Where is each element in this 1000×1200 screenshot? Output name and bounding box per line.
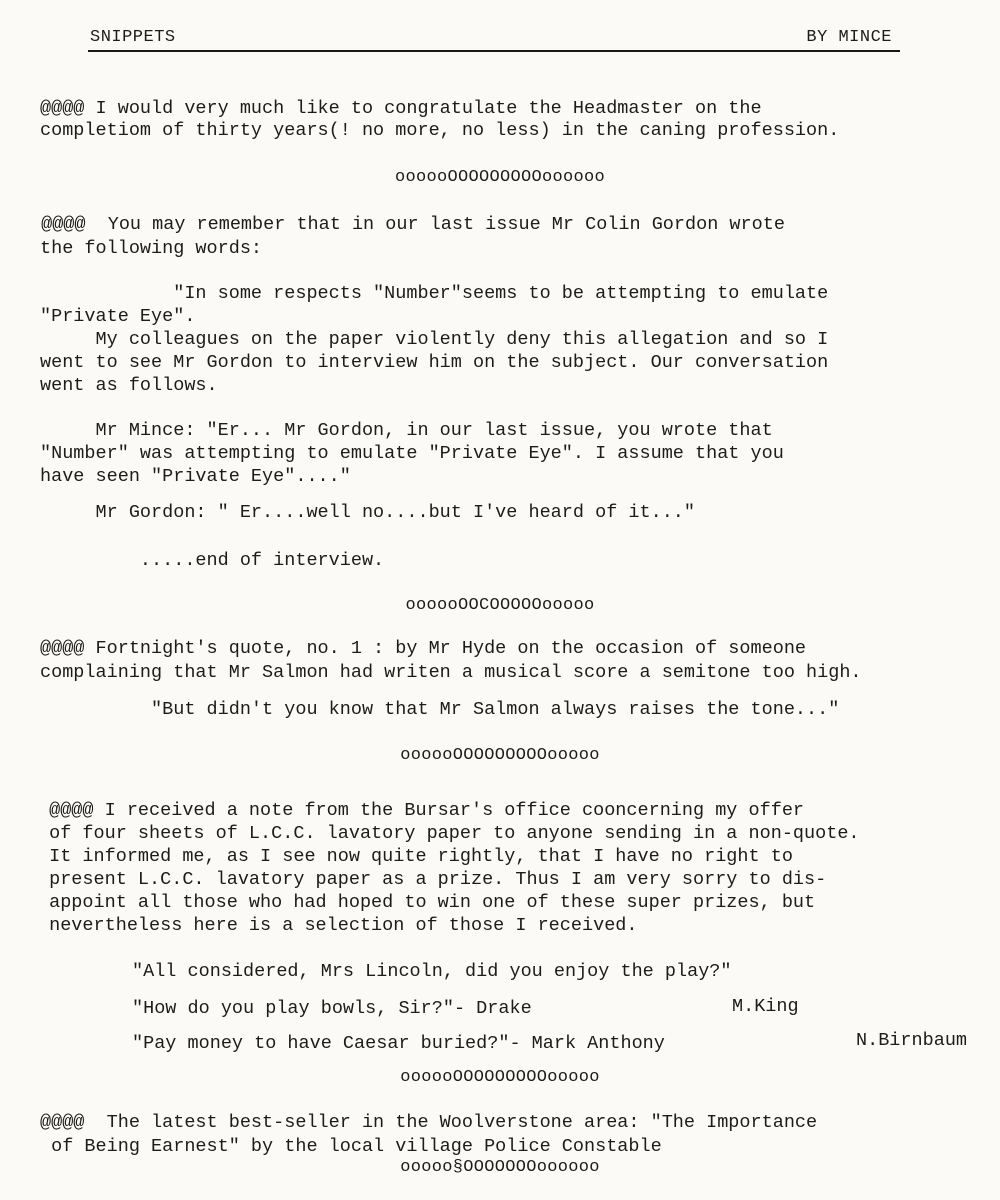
closing-line: .....end of interview.	[40, 550, 384, 572]
column-byline: BY MINCE	[806, 28, 892, 47]
paragraph-line: went as follows.	[40, 375, 218, 397]
section-separator: oooooOOOOOOOOOooooo	[0, 746, 1000, 765]
paragraph-line: @@@@ Fortnight's quote, no. 1 : by Mr Hy…	[40, 638, 806, 660]
paragraph-line: My colleagues on the paper violently den…	[40, 329, 828, 351]
typewritten-page: SNIPPETS BY MINCE @@@@ I would very much…	[0, 0, 1000, 1200]
quoted-line: "But didn't you know that Mr Salmon alwa…	[40, 699, 839, 721]
section-separator: oooooOOOOOOOOOooooo	[0, 1068, 1000, 1087]
paragraph-line: the following words:	[40, 238, 262, 260]
section-separator: oooooOOOOOOOOOoooooo	[0, 168, 1000, 187]
section-separator: oooooOOCOOOOOooooo	[0, 596, 1000, 615]
quote-text: "Pay money to have Caesar buried?"- Mark…	[132, 1033, 665, 1055]
column-title: SNIPPETS	[90, 28, 176, 47]
paragraph-line: nevertheless here is a selection of thos…	[38, 915, 638, 937]
dialogue-line: "Number" was attempting to emulate "Priv…	[40, 443, 784, 465]
quoted-line: "Private Eye".	[40, 306, 195, 328]
paragraph-line: present L.C.C. lavatory paper as a prize…	[38, 869, 826, 891]
paragraph-line: @@@@ The latest best-seller in the Woolv…	[40, 1112, 817, 1134]
quote-text: "All considered, Mrs Lincoln, did you en…	[132, 961, 732, 983]
dialogue-line: have seen "Private Eye"...."	[40, 466, 351, 488]
page-header: SNIPPETS BY MINCE	[88, 28, 900, 52]
paragraph-line: went to see Mr Gordon to interview him o…	[40, 352, 828, 374]
paragraph-line: completiom of thirty years(! no more, no…	[40, 120, 839, 142]
quoted-line: "In some respects "Number"seems to be at…	[40, 283, 828, 305]
paragraph-line: @@@@ I received a note from the Bursar's…	[38, 800, 804, 822]
paragraph-line: It informed me, as I see now quite right…	[38, 846, 793, 868]
paragraph-line: @@@@ I would very much like to congratul…	[40, 98, 762, 120]
dialogue-line: Mr Gordon: " Er....well no....but I've h…	[40, 502, 695, 524]
dialogue-line: Mr Mince: "Er... Mr Gordon, in our last …	[40, 420, 773, 442]
paragraph-line: @@@@ You may remember that in our last i…	[30, 214, 785, 236]
quote-text: "How do you play bowls, Sir?"- Drake	[132, 998, 532, 1020]
quote-author: N.Birnbaum	[856, 1030, 967, 1052]
paragraph-line: of Being Earnest" by the local village P…	[40, 1136, 662, 1158]
section-separator: ooooo§OOOOOOOoooooo	[0, 1158, 1000, 1177]
quote-author: M.King	[732, 996, 799, 1018]
paragraph-line: complaining that Mr Salmon had writen a …	[40, 662, 862, 684]
paragraph-line: of four sheets of L.C.C. lavatory paper …	[38, 823, 860, 845]
paragraph-line: appoint all those who had hoped to win o…	[38, 892, 815, 914]
